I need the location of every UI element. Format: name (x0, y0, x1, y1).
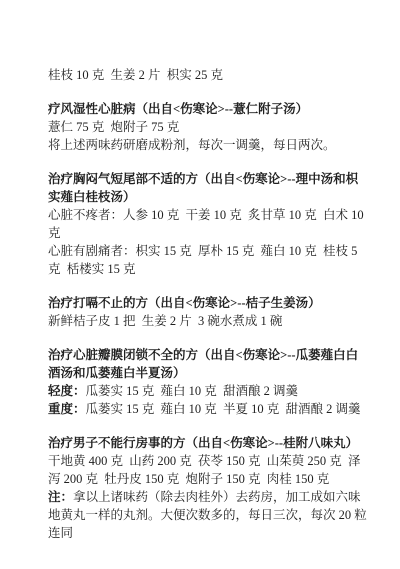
prescription-section: 治疗胸闷气短尾部不适的方（出自<伤寒论>--理中汤和枳实薤白桂枝汤）心脏不疼者：… (48, 170, 368, 278)
prescription-section: 治疗心脏瓣膜闭锁不全的方（出自<伤寒论>--瓜蒌薤白白酒汤和瓜蒌薤白半夏汤）轻度… (48, 346, 368, 418)
text-run: 治疗男子不能行房事的方（出自<伤寒论>--桂附八味丸） (48, 436, 358, 450)
text-run: 薏仁 75 克 炮附子 75 克 (48, 120, 179, 134)
text-run: 重度： (48, 402, 86, 416)
text-line: 干地黄 400 克 山药 200 克 茯苓 150 克 山茱萸 250 克 泽泻… (48, 452, 368, 488)
text-line: 注：拿以上诸味药（除去肉桂外）去药房，加工成如六味地黄丸一样的丸剂。大便次数多的… (48, 488, 368, 542)
text-run: 拿以上诸味药（除去肉桂外）去药房，加工成如六味地黄丸一样的丸剂。大便次数多的，每… (48, 490, 367, 540)
text-line: 桂枝 10 克 生姜 2 片 枳实 25 克 (48, 66, 368, 84)
text-line: 将上述两味药研磨成粉剂，每次一调羹，每日两次。 (48, 136, 368, 154)
text-run: 轻度： (48, 384, 86, 398)
text-run: 新鲜桔子皮 1 把 生姜 2 片 3 碗水煮成 1 碗 (48, 314, 282, 328)
text-run: 心脏不疼者：人参 10 克 干姜 10 克 炙甘草 10 克 白术 10 克 (48, 208, 367, 240)
text-run: 疗风湿性心脏病（出自<伤寒论>--薏仁附子汤） (48, 102, 308, 116)
prescription-section: 治疗男子不能行房事的方（出自<伤寒论>--桂附八味丸）干地黄 400 克 山药 … (48, 434, 368, 542)
section-heading: 治疗心脏瓣膜闭锁不全的方（出自<伤寒论>--瓜蒌薤白白酒汤和瓜蒌薤白半夏汤） (48, 346, 368, 382)
prescription-section: 疗风湿性心脏病（出自<伤寒论>--薏仁附子汤）薏仁 75 克 炮附子 75 克将… (48, 100, 368, 154)
text-run: 瓜蒌实 15 克 薤白 10 克 半夏 10 克 甜酒酿 2 调羹 (86, 402, 361, 416)
section-heading: 治疗男子不能行房事的方（出自<伤寒论>--桂附八味丸） (48, 434, 368, 452)
text-run: 瓜蒌实 15 克 薤白 10 克 甜酒酿 2 调羹 (86, 384, 299, 398)
section-heading: 疗风湿性心脏病（出自<伤寒论>--薏仁附子汤） (48, 100, 368, 118)
text-line: 薏仁 75 克 炮附子 75 克 (48, 118, 368, 136)
section-heading: 治疗打嗝不止的方（出自<伤寒论>--桔子生姜汤） (48, 294, 368, 312)
text-run: 将上述两味药研磨成粉剂，每次一调羹，每日两次。 (48, 138, 336, 152)
prescription-section: 治疗打嗝不止的方（出自<伤寒论>--桔子生姜汤）新鲜桔子皮 1 把 生姜 2 片… (48, 294, 368, 330)
text-run: 注： (48, 490, 73, 504)
text-run: 治疗心脏瓣膜闭锁不全的方（出自<伤寒论>--瓜蒌薤白白酒汤和瓜蒌薤白半夏汤） (48, 348, 358, 380)
text-run: 桂枝 10 克 生姜 2 片 枳实 25 克 (48, 68, 223, 82)
text-run: 治疗胸闷气短尾部不适的方（出自<伤寒论>--理中汤和枳实薤白桂枝汤） (48, 172, 358, 204)
document-page: 桂枝 10 克 生姜 2 片 枳实 25 克疗风湿性心脏病（出自<伤寒论>--薏… (0, 0, 400, 569)
text-run: 干地黄 400 克 山药 200 克 茯苓 150 克 山茱萸 250 克 泽泻… (48, 454, 361, 486)
prescription-section: 桂枝 10 克 生姜 2 片 枳实 25 克 (48, 66, 368, 84)
document-body: 桂枝 10 克 生姜 2 片 枳实 25 克疗风湿性心脏病（出自<伤寒论>--薏… (48, 66, 368, 542)
text-line: 新鲜桔子皮 1 把 生姜 2 片 3 碗水煮成 1 碗 (48, 312, 368, 330)
text-run: 治疗打嗝不止的方（出自<伤寒论>--桔子生姜汤） (48, 296, 321, 310)
text-line: 重度：瓜蒌实 15 克 薤白 10 克 半夏 10 克 甜酒酿 2 调羹 (48, 400, 368, 418)
text-line: 心脏不疼者：人参 10 克 干姜 10 克 炙甘草 10 克 白术 10 克 (48, 206, 368, 242)
text-line: 轻度：瓜蒌实 15 克 薤白 10 克 甜酒酿 2 调羹 (48, 382, 368, 400)
text-line: 心脏有剧痛者：枳实 15 克 厚朴 15 克 薤白 10 克 桂枝 5 克 栝楼… (48, 242, 368, 278)
section-heading: 治疗胸闷气短尾部不适的方（出自<伤寒论>--理中汤和枳实薤白桂枝汤） (48, 170, 368, 206)
text-run: 心脏有剧痛者：枳实 15 克 厚朴 15 克 薤白 10 克 桂枝 5 克 栝楼… (48, 244, 361, 276)
